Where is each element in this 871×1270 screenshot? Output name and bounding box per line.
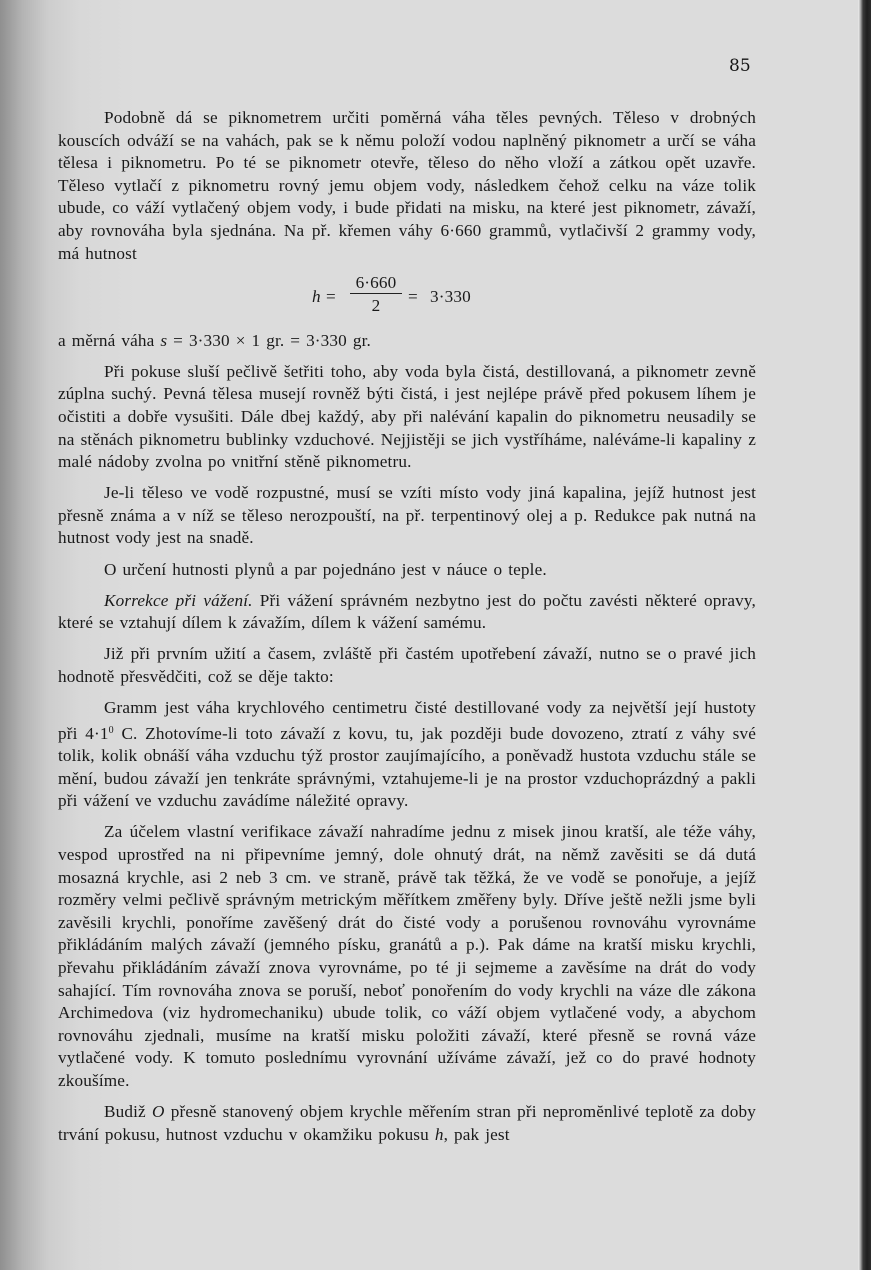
- formula-denominator: 2: [350, 294, 402, 318]
- paragraph-weight-verification: Již při prvním užití a časem, zvláště př…: [58, 643, 756, 688]
- formula-equals: =: [326, 286, 336, 309]
- page-edge: [858, 0, 871, 1270]
- paragraph-pycnometer-solids: Podobně dá se piknometrem určiti poměrná…: [58, 107, 756, 265]
- section-heading: Korrekce při vážení.: [104, 591, 253, 610]
- book-page: 85 Podobně dá se piknometrem určiti pomě…: [0, 0, 858, 1270]
- paragraph-gramm-definition: Gramm jest váha krychlového centimetru č…: [58, 697, 756, 813]
- page-number: 85: [729, 56, 751, 76]
- page-body: Podobně dá se piknometrem určiti poměrná…: [58, 107, 756, 1155]
- last-text-before: Budiž: [104, 1102, 152, 1121]
- paragraph-cube-volume: Budiž O přesně stanovený objem krychle m…: [58, 1101, 756, 1146]
- last-text-after: , pak jest: [444, 1125, 510, 1144]
- var-h: h: [435, 1125, 444, 1144]
- specific-weight-line: a měrná váha s = 3·330 × 1 gr. = 3·330 g…: [58, 330, 756, 353]
- formula-result: 3·330: [430, 286, 471, 309]
- paragraph-soluble-body: Je-li těleso ve vodě rozpustné, musí se …: [58, 482, 756, 550]
- formula-variable: h: [312, 286, 321, 309]
- paragraph-verification-method: Za účelem vlastní verifikace závaží nahr…: [58, 821, 756, 1092]
- formula-equals-2: =: [408, 286, 418, 309]
- density-formula: h = 6·660 2 = 3·330: [58, 274, 756, 326]
- paragraph-weighing-corrections: Korrekce při vážení. Při vážení správném…: [58, 590, 756, 635]
- specific-weight-rest: = 3·330 × 1 gr. = 3·330 gr.: [167, 331, 371, 350]
- var-O: O: [152, 1102, 165, 1121]
- paragraph-cleanliness: Při pokuse sluší pečlivě šetřiti toho, a…: [58, 361, 756, 474]
- formula-fraction: 6·660 2: [350, 272, 402, 318]
- specific-weight-prefix: a měrná váha: [58, 331, 160, 350]
- gramm-text-after: C. Zhotovíme-li toto závaží z kovu, tu, …: [58, 724, 756, 811]
- paragraph-gases: O určení hutnosti plynů a par pojednáno …: [58, 559, 756, 582]
- formula-numerator: 6·660: [350, 272, 402, 294]
